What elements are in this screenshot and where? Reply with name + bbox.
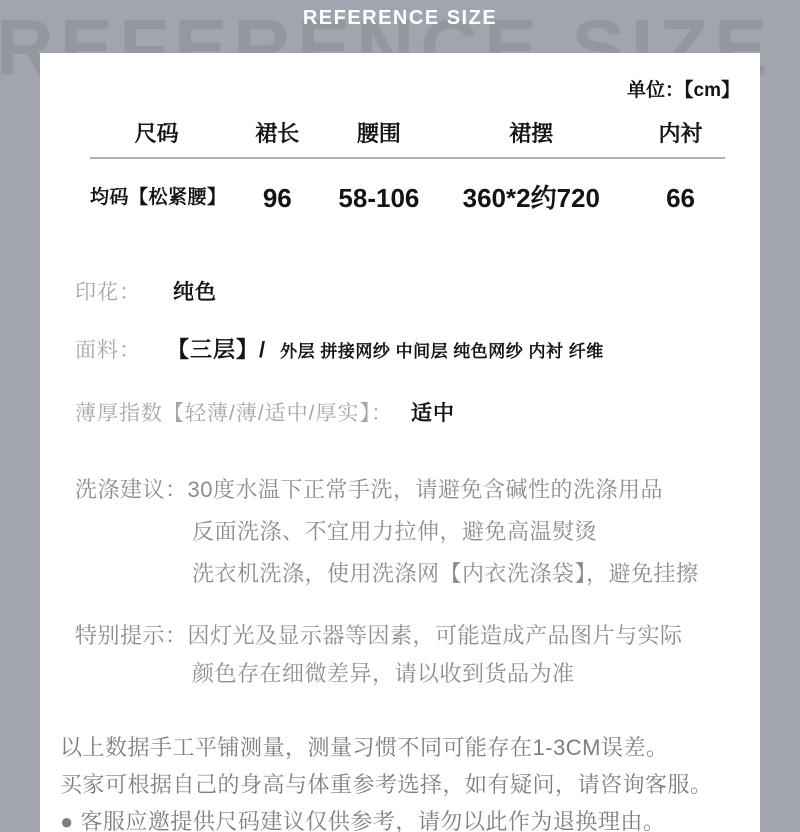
column-header-hem: 裙摆 [427, 119, 637, 157]
column-header-size: 尺码 [90, 119, 223, 157]
measurement-disclaimer: 以上数据手工平铺测量，测量习惯不同可能存在1-3CM误差。 买家可根据自己的身高… [60, 729, 740, 832]
size-table-header-row: 尺码 裙长 腰围 裙摆 内衬 [90, 119, 725, 157]
care-line-3: 洗衣机洗涤，使用洗涤网【内衣洗涤袋】，避免挂擦 [192, 553, 760, 595]
notice-line-1-text: 因灯光及显示器等因素，可能造成产品图片与实际 [188, 623, 683, 648]
unit-label: 单位：【cm】 [40, 79, 760, 103]
care-line-2: 反面洗涤、不宜用力拉伸，避免高温熨烫 [192, 511, 760, 553]
notice-line-2: 颜色存在细微差异，请以收到货品为准 [192, 655, 760, 693]
spec-thickness: 薄厚指数【轻薄/薄/适中/厚实】： 适中 [75, 399, 760, 429]
spec-print-value: 纯色 [173, 279, 217, 307]
spec-print-label: 印花： [75, 279, 141, 307]
notice-line-1: 特别提示：因灯光及显示器等因素，可能造成产品图片与实际 [192, 617, 760, 655]
size-table: 尺码 裙长 腰围 裙摆 内衬 均码【松紧腰】 96 58-106 360*2约7… [90, 119, 725, 215]
disclaimer-line-2: 买家可根据自己的身高与体重参考选择，如有疑问，请咨询客服。 [60, 766, 740, 803]
cell-hem: 360*2约720 [427, 181, 637, 215]
size-card: 单位：【cm】 尺码 裙长 腰围 裙摆 内衬 均码【松紧腰】 96 58-106… [40, 53, 760, 832]
column-header-waist: 腰围 [331, 119, 426, 157]
cell-waist: 58-106 [331, 181, 426, 215]
cell-lining: 66 [636, 181, 725, 215]
column-header-skirt-length: 裙长 [223, 119, 331, 157]
spec-fabric-detail: 外层 拼接网纱 中间层 纯色网纱 内衬 纤维 [280, 337, 604, 367]
spec-print: 印花： 纯色 [75, 279, 760, 307]
spec-fabric-value: 【三层】/ [167, 335, 266, 365]
spec-thickness-label: 薄厚指数【轻薄/薄/适中/厚实】： [75, 399, 393, 429]
spec-thickness-value: 适中 [411, 399, 455, 429]
size-table-data-row: 均码【松紧腰】 96 58-106 360*2约720 66 [90, 181, 725, 215]
disclaimer-line-1: 以上数据手工平铺测量，测量习惯不同可能存在1-3CM误差。 [60, 729, 740, 766]
size-reference-page: REFERENCE SIZE REFERENCE SIZE 单位：【cm】 尺码… [0, 0, 800, 832]
notice-label: 特别提示： [75, 623, 188, 648]
care-instructions: 洗涤建议：30度水温下正常手洗，请避免含碱性的洗涤用品 反面洗涤、不宜用力拉伸，… [75, 469, 760, 595]
spec-fabric: 面料： 【三层】/ 外层 拼接网纱 中间层 纯色网纱 内衬 纤维 [75, 335, 760, 367]
care-line-1: 洗涤建议：30度水温下正常手洗，请避免含碱性的洗涤用品 [192, 469, 760, 511]
care-label: 洗涤建议： [75, 477, 188, 502]
cell-skirt-length: 96 [223, 181, 331, 215]
page-title: REFERENCE SIZE [0, 7, 800, 30]
special-notice: 特别提示：因灯光及显示器等因素，可能造成产品图片与实际 颜色存在细微差异，请以收… [75, 617, 760, 693]
disclaimer-line-3: ● 客服应邀提供尺码建议仅供参考，请勿以此作为退换理由。 [60, 803, 740, 832]
table-divider [90, 157, 725, 159]
care-line-1-text: 30度水温下正常手洗，请避免含碱性的洗涤用品 [188, 477, 663, 502]
column-header-lining: 内衬 [636, 119, 725, 157]
spec-list: 印花： 纯色 面料： 【三层】/ 外层 拼接网纱 中间层 纯色网纱 内衬 纤维 … [75, 279, 760, 429]
spec-fabric-label: 面料： [75, 336, 141, 366]
cell-size: 均码【松紧腰】 [90, 181, 223, 215]
